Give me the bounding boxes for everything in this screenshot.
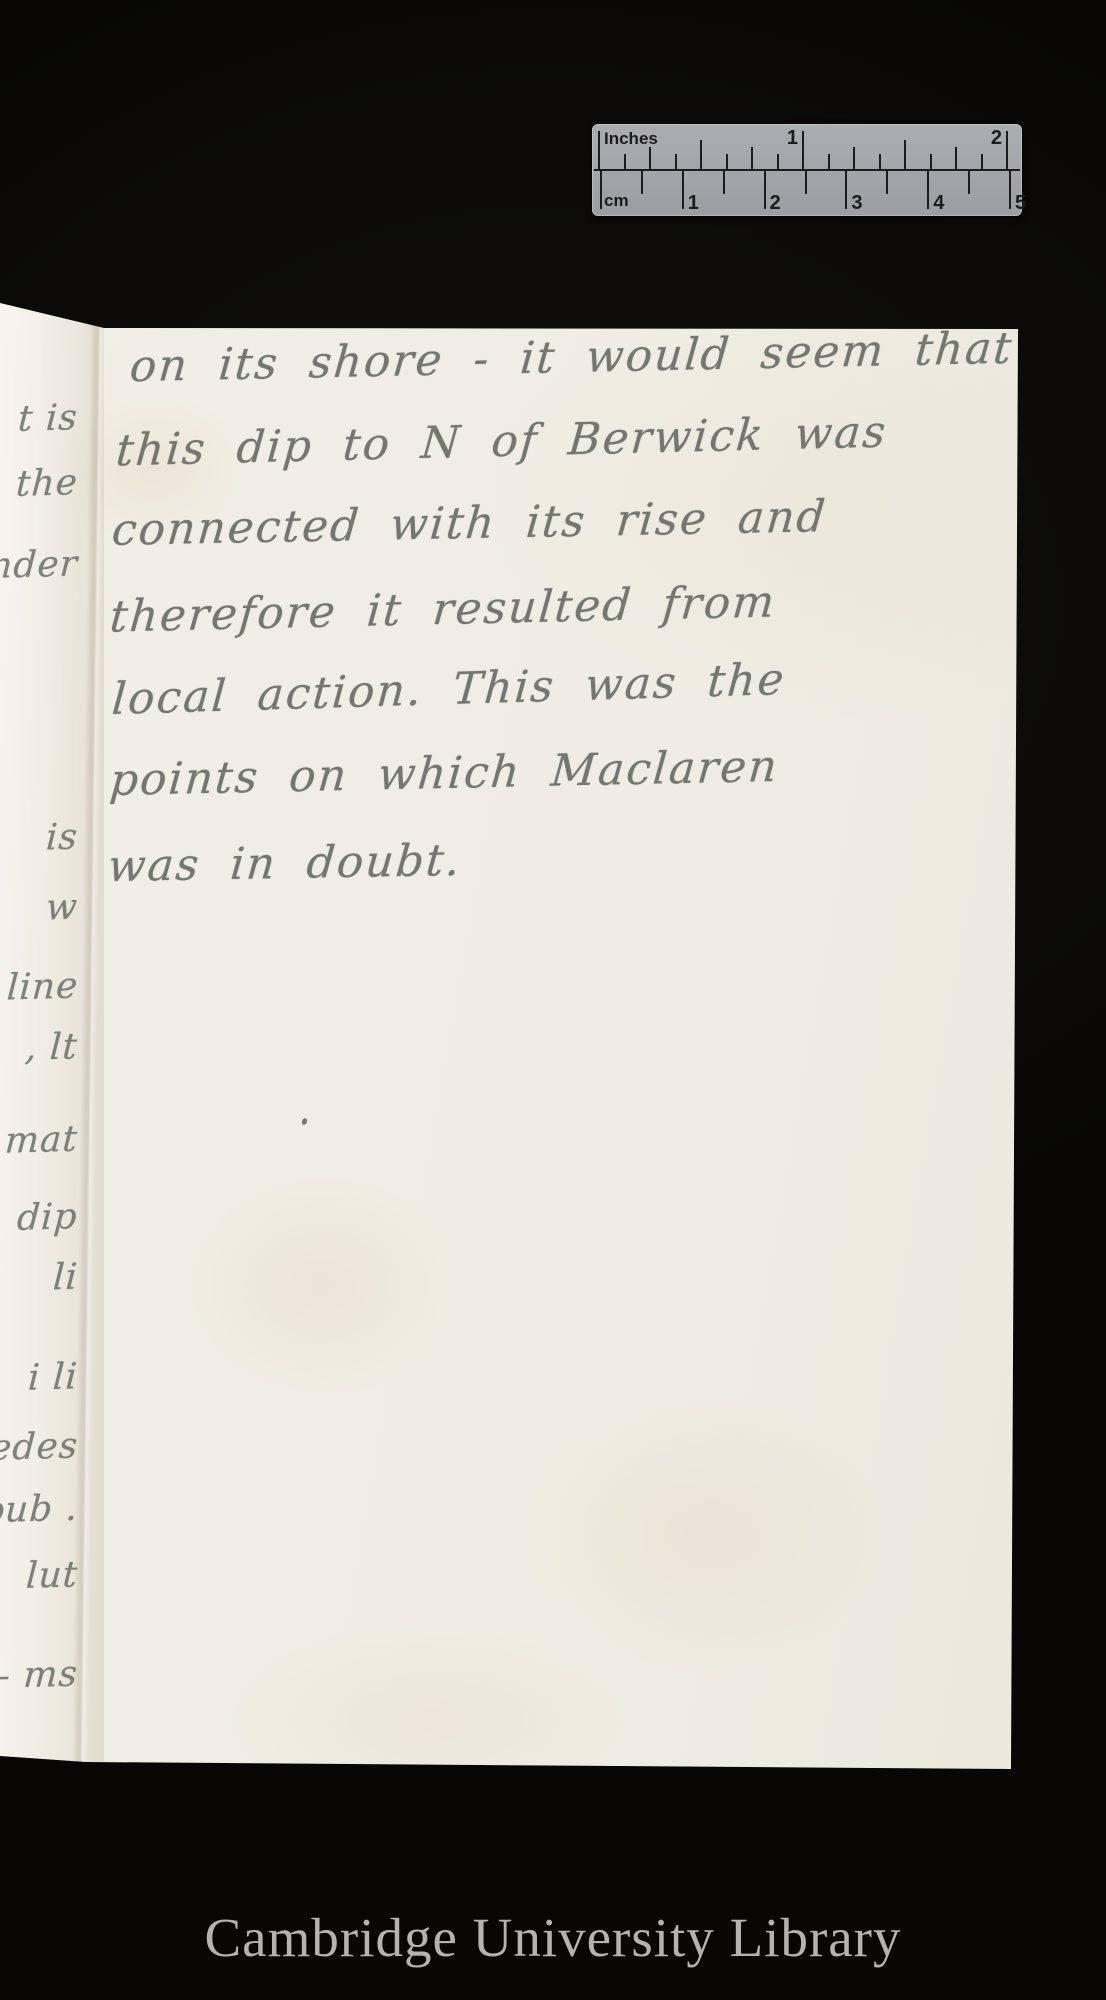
ruler-cm-number-2: 2: [770, 193, 781, 213]
left-page-fragment-2: the: [15, 462, 79, 505]
left-page-fragment-4: is: [45, 817, 79, 859]
measurement-ruler: Inches cm 1212345: [592, 124, 1022, 216]
ruler-tick: [879, 154, 881, 169]
ruler-tick: [1009, 171, 1011, 209]
ruler-tick: [777, 154, 779, 169]
manuscript-line-3: connected with its rise and: [110, 491, 829, 556]
left-page-fragment-10: li: [52, 1257, 79, 1299]
ruler-cm-number-5: 5: [1015, 193, 1026, 213]
ruler-cm-number-3: 3: [851, 193, 862, 213]
paper-spread: on its shore - it would seem thatthis di…: [0, 300, 1020, 1770]
ruler-inch-number-1: 1: [770, 128, 798, 148]
ruler-tick: [930, 154, 932, 169]
manuscript-line-5: local action. This was the: [110, 654, 787, 725]
ruler-inch-number-2: 2: [974, 128, 1002, 148]
left-page-fragment-12: nedes: [0, 1425, 79, 1469]
ruler-tick: [968, 171, 970, 194]
ruler-tick: [802, 131, 804, 169]
ruler-tick: [853, 147, 855, 169]
ruler-tick: [600, 171, 602, 209]
ruler-cm-number-4: 4: [933, 193, 944, 213]
left-page-fragment-3: under: [0, 543, 79, 587]
ruler-tick: [641, 171, 643, 194]
ruler-tick: [649, 147, 651, 169]
left-page-fragment-1: t is: [17, 397, 79, 440]
left-page-fragment-6: a line: [0, 965, 79, 1009]
manuscript-line-7: was in doubt.: [106, 835, 464, 892]
manuscript-line-1: on its shore - it would seem that: [128, 323, 1015, 393]
ruler-tick: [805, 171, 807, 194]
ruler-divider-line: [594, 169, 1020, 171]
left-page-fragment-8: . mat: [0, 1119, 79, 1163]
left-page-fragment-5: w: [45, 887, 79, 929]
ruler-cm-label: cm: [604, 191, 629, 211]
ruler-tick: [624, 154, 626, 169]
ruler-tick: [751, 147, 753, 169]
ruler-tick: [886, 171, 888, 194]
ruler-tick: [904, 140, 906, 169]
ruler-tick: [700, 140, 702, 169]
manuscript-line-4: therefore it resulted from: [108, 576, 778, 642]
ruler-tick: [598, 131, 600, 169]
ruler-tick: [1006, 131, 1008, 169]
manuscript-line-2: this dip to N of Berwick was: [114, 407, 889, 477]
left-page-fragment-14: lut: [25, 1554, 80, 1597]
ruler-tick: [726, 154, 728, 169]
left-page-fragment-9: dip: [16, 1196, 79, 1239]
ruler-cm-number-1: 1: [688, 193, 699, 213]
library-attribution-caption: Cambridge University Library: [0, 1906, 1106, 1969]
left-page-fragment-13: ms pub .: [0, 1488, 79, 1534]
left-page-fragment-11: i li: [27, 1356, 79, 1398]
manuscript-line-6: points on which Maclaren: [108, 741, 781, 806]
ruler-tick: [845, 171, 847, 209]
ruler-tick: [723, 171, 725, 194]
ruler-tick: [927, 171, 929, 209]
ruler-inches-label: Inches: [604, 129, 658, 149]
ruler-tick: [682, 171, 684, 209]
digitized-manuscript-photo: Inches cm 1212345 on its shore - it woul…: [0, 0, 1106, 2000]
ruler-tick: [981, 154, 983, 169]
left-page-fragment-7: , lt: [24, 1026, 79, 1069]
ruler-tick: [675, 154, 677, 169]
ruler-tick: [955, 147, 957, 169]
paper-speck: [301, 1117, 308, 1125]
ruler-tick: [764, 171, 766, 209]
left-page-fragment-15: — ms: [0, 1654, 79, 1698]
ruler-tick: [828, 154, 830, 169]
